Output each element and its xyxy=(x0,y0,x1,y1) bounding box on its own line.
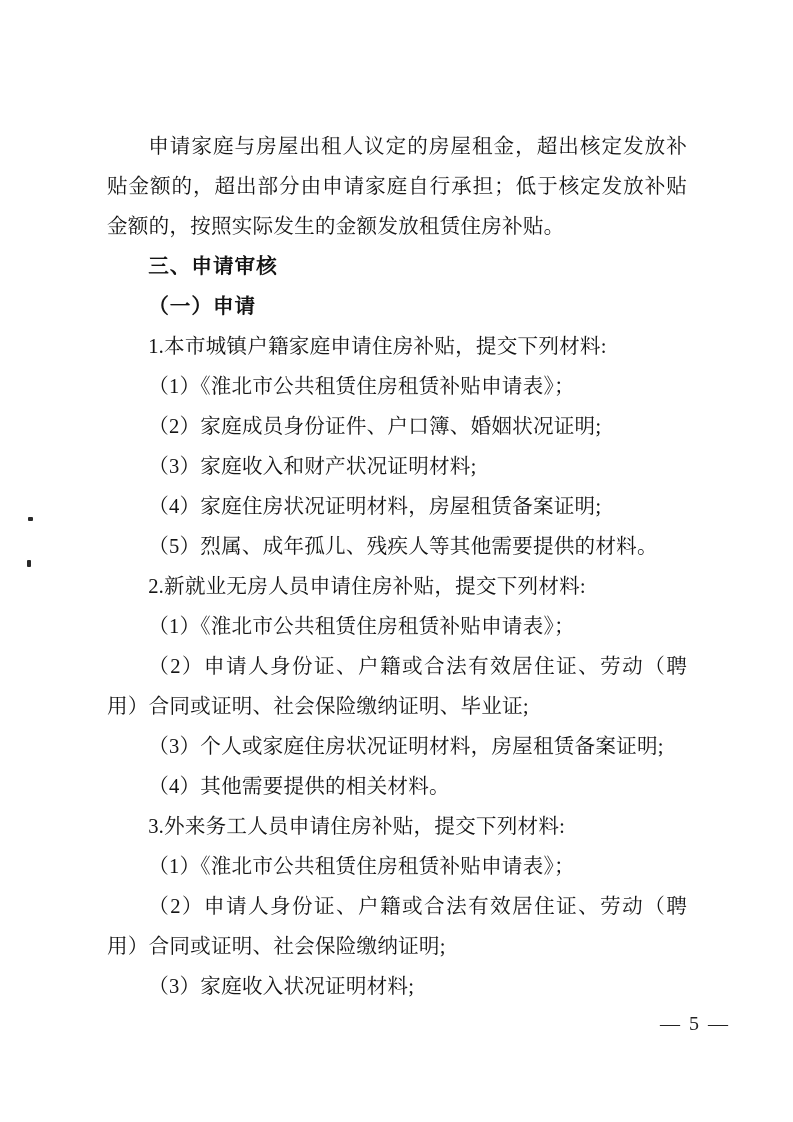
page-number: — 5 — xyxy=(635,1013,755,1036)
section-heading: 三、申请审核 xyxy=(107,247,687,287)
section-heading: （一）申请 xyxy=(107,287,687,327)
scan-artifact-dot xyxy=(27,560,31,567)
document-page: 申请家庭与房屋出租人议定的房屋租金，超出核定发放补贴金额的，超出部分由申请家庭自… xyxy=(0,0,793,1122)
paragraph: （4）其他需要提供的相关材料。 xyxy=(107,767,687,807)
paragraph: （4）家庭住房状况证明材料，房屋租赁备案证明; xyxy=(107,487,687,527)
paragraph: （3）家庭收入状况证明材料; xyxy=(107,967,687,1007)
paragraph: （2）申请人身份证、户籍或合法有效居住证、劳动（聘用）合同或证明、社会保险缴纳证… xyxy=(107,887,687,967)
paragraph: （2）家庭成员身份证件、户口簿、婚姻状况证明; xyxy=(107,407,687,447)
paragraph: （1）《淮北市公共租赁住房租赁补贴申请表》； xyxy=(107,367,687,407)
paragraph: （1）《淮北市公共租赁住房租赁补贴申请表》； xyxy=(107,607,687,647)
paragraph: （5）烈属、成年孤儿、残疾人等其他需要提供的材料。 xyxy=(107,527,687,567)
paragraph: （3）家庭收入和财产状况证明材料; xyxy=(107,447,687,487)
paragraph: 1.本市城镇户籍家庭申请住房补贴，提交下列材料: xyxy=(107,327,687,367)
scan-artifact-dot xyxy=(28,517,33,521)
paragraph: （1）《淮北市公共租赁住房租赁补贴申请表》； xyxy=(107,847,687,887)
paragraph: （2）申请人身份证、户籍或合法有效居住证、劳动（聘用）合同或证明、社会保险缴纳证… xyxy=(107,647,687,727)
paragraph: 3.外来务工人员申请住房补贴，提交下列材料: xyxy=(107,807,687,847)
document-body: 申请家庭与房屋出租人议定的房屋租金，超出核定发放补贴金额的，超出部分由申请家庭自… xyxy=(107,127,687,1007)
paragraph: 申请家庭与房屋出租人议定的房屋租金，超出核定发放补贴金额的，超出部分由申请家庭自… xyxy=(107,127,687,247)
paragraph: 2.新就业无房人员申请住房补贴，提交下列材料: xyxy=(107,567,687,607)
paragraph: （3）个人或家庭住房状况证明材料，房屋租赁备案证明; xyxy=(107,727,687,767)
